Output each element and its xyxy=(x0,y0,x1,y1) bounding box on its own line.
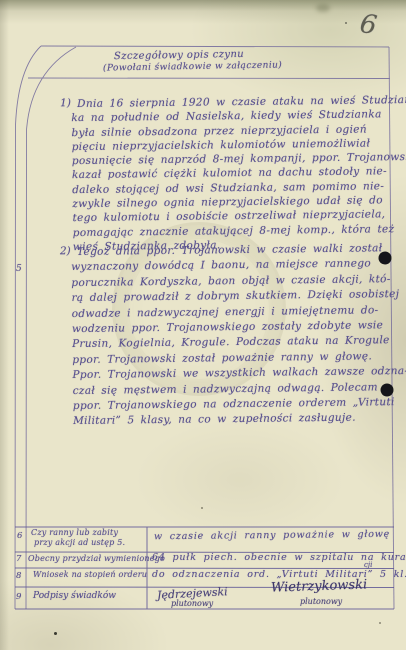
table-row-label: Obecny przydział wymienionego xyxy=(28,554,165,563)
witness-rank: plutonowy xyxy=(300,597,342,606)
document-page: 6 Szczegółowy opis czynu (Powołani świad… xyxy=(0,0,406,650)
margin-row-number: 5 xyxy=(16,264,22,274)
pencil-dot xyxy=(345,22,347,24)
table-row-number: 8 xyxy=(16,571,21,581)
table-row-label: Czy ranny lub zabity xyxy=(31,528,118,537)
witness-rank: plutonowy xyxy=(171,599,213,608)
table-row-number: 6 xyxy=(17,531,22,541)
paper-smudge xyxy=(316,4,330,12)
paper-speck xyxy=(201,507,203,509)
paragraph-number: 2) xyxy=(60,245,71,257)
frame-left-line xyxy=(15,46,41,609)
table-row-label: Podpisy świadków xyxy=(33,591,116,601)
paragraph-2: 2) Tegoż dnia ppor. Trojanowski w czasie… xyxy=(71,241,406,430)
frame-top-line xyxy=(41,46,389,47)
paragraph-1: 1) Dnia 16 sierpnia 1920 w czasie ataku … xyxy=(71,93,406,254)
section-title: Szczegółowy opis czynu xyxy=(114,49,244,62)
paper-speck xyxy=(54,632,57,635)
header-divider-line xyxy=(28,78,390,79)
table-row-value: do odznaczenia ord. „Virtuti Militari” 5… xyxy=(152,569,406,580)
paper-speck xyxy=(379,622,381,624)
table-row-label: Wniosek na stopień orderu xyxy=(33,570,147,579)
margin-column-line xyxy=(26,47,76,609)
paragraph-number: 1) xyxy=(60,97,71,109)
table-row-number: 7 xyxy=(16,554,21,564)
table-row-number: 9 xyxy=(16,592,21,602)
table-row-label: przy akcji ad ustęp 5. xyxy=(34,538,125,547)
table-row-value-continuation: cji xyxy=(364,561,372,569)
